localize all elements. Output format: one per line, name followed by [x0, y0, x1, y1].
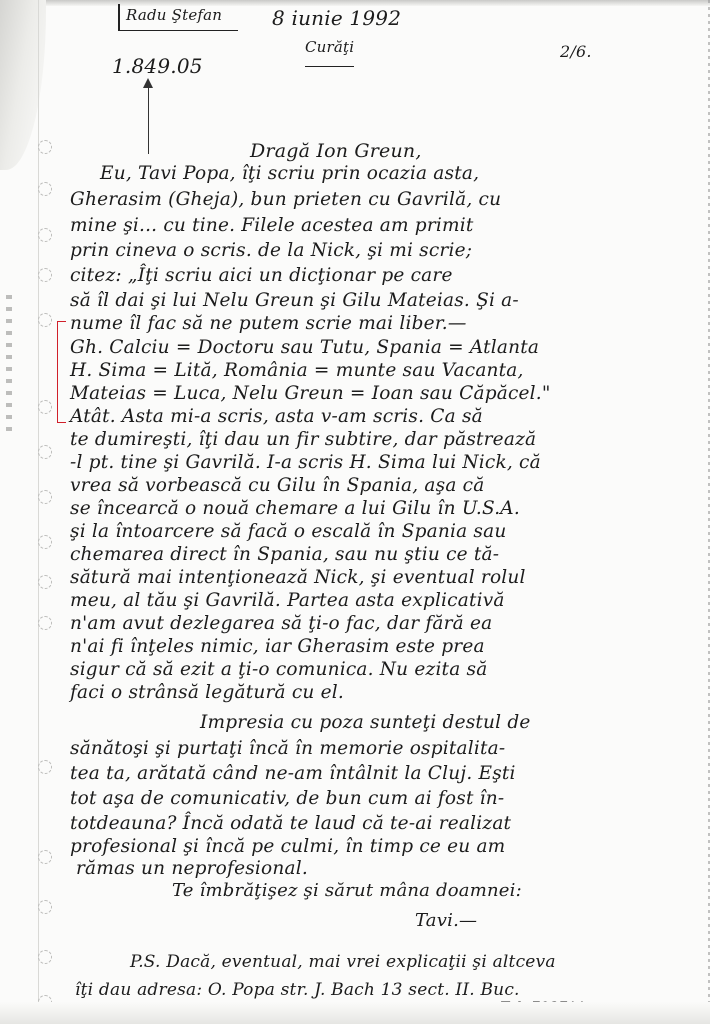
closing-line: Te îmbrăţişez şi sărut mâna doamnei: — [172, 880, 522, 901]
page-marker: 2/6. — [560, 42, 592, 61]
body-line: sănătoşi şi purtaţi încă în memorie ospi… — [70, 738, 505, 759]
punch-hole — [38, 400, 52, 414]
punch-hole — [38, 268, 52, 282]
punch-hole — [38, 313, 52, 327]
body-line: nume îl fac să ne putem scrie mai liber.… — [70, 313, 467, 334]
punch-hole — [38, 850, 52, 864]
body-line: mine şi... cu tine. Filele acestea am pr… — [70, 215, 474, 236]
body-line: citez: „Îţi scriu aici un dicţionar pe c… — [70, 265, 453, 286]
body-line-dictionary: Mateias = Luca, Nelu Greun = Ioan sau Că… — [70, 383, 551, 404]
body-line: n'ai fi înţeles nimic, iar Gherasim este… — [70, 636, 485, 657]
body-line: să îl dai şi lui Nelu Greun şi Gilu Mate… — [70, 290, 519, 311]
body-line-dictionary: H. Sima = Lită, România = munte sau Vaca… — [70, 360, 524, 381]
body-line: vrea să vorbească cu Gilu în Spania, aşa… — [70, 475, 484, 496]
body-line: sătură mai intenţionează Nick, şi eventu… — [70, 567, 526, 588]
punch-hole — [38, 575, 52, 589]
punch-hole — [38, 490, 52, 504]
body-line: Eu, Tavi Popa, îţi scriu prin ocazia ast… — [100, 163, 479, 184]
scanned-letter-page: Radu Ştefan 1.849.05 8 iunie 1992 Curăţi… — [0, 0, 710, 1024]
author-annotation: Radu Ştefan — [118, 4, 238, 31]
punch-hole — [38, 616, 52, 630]
body-line: meu, al tău şi Gavrilă. Partea asta expl… — [70, 590, 505, 611]
body-line: totdeauna? Încă odată te laud că te-ai r… — [70, 813, 511, 834]
salutation: Dragă Ion Greun, — [250, 140, 422, 162]
scan-bottom-edge — [0, 1002, 710, 1024]
body-line: te dumireşti, îţi dau un fir subtire, da… — [70, 429, 536, 450]
postscript-address: îţi dau adresa: O. Popa str. J. Bach 13 … — [75, 980, 520, 1000]
letter-date: 8 iunie 1992 — [272, 6, 401, 30]
body-line: chemarea direct în Spania, sau nu ştiu c… — [70, 544, 499, 565]
arrow-up-icon — [148, 82, 149, 154]
body-line: Impresia cu poza sunteţi destul de — [200, 712, 531, 733]
body-line: faci o strânsă legătură cu el. — [70, 682, 344, 703]
punch-hole — [38, 228, 52, 242]
body-line: tea ta, arătată când ne-am întâlnit la C… — [70, 763, 516, 784]
body-line: tot aşa de comunicativ, de bun cum ai fo… — [70, 788, 504, 809]
letter-place: Curăţi — [305, 38, 354, 67]
punch-hole — [38, 140, 52, 154]
punch-hole — [38, 182, 52, 196]
margin-tick-marks — [6, 295, 12, 435]
punch-hole — [38, 445, 52, 459]
body-line: profesional şi încă pe culmi, în timp ce… — [70, 836, 505, 857]
red-margin-bracket — [57, 321, 66, 423]
body-line-dictionary: Gh. Calciu = Doctoru sau Tutu, Spania = … — [70, 337, 539, 358]
body-line: sigur că să ezit a ţi-o comunica. Nu ezi… — [70, 659, 487, 680]
punch-hole — [38, 950, 52, 964]
body-line: Atât. Asta mi-a scris, asta v-am scris. … — [70, 406, 483, 427]
body-line: -l pt. tine şi Gavrilă. I-a scris H. Sim… — [70, 452, 541, 473]
body-line: se încearcă o nouă chemare a lui Gilu în… — [70, 498, 520, 519]
punch-hole — [38, 760, 52, 774]
body-line: Gherasim (Gheja), bun prieten cu Gavrilă… — [70, 189, 501, 210]
binding-margin-line — [38, 0, 39, 1024]
postscript-line: P.S. Dacă, eventual, mai vrei explicaţii… — [130, 952, 556, 972]
punch-hole — [38, 900, 52, 914]
body-line: rămas un neprofesional. — [76, 858, 308, 879]
body-line: prin cineva o scris. de la Nick, şi mi s… — [70, 240, 472, 261]
reference-number: 1.849.05 — [112, 54, 203, 78]
body-line: n'am avut dezlegarea să ţi-o fac, dar fă… — [70, 613, 492, 634]
body-line: şi la întoarcere să facă o escală în Spa… — [70, 521, 506, 542]
signature: Tavi.— — [415, 910, 477, 931]
punch-hole — [38, 535, 52, 549]
